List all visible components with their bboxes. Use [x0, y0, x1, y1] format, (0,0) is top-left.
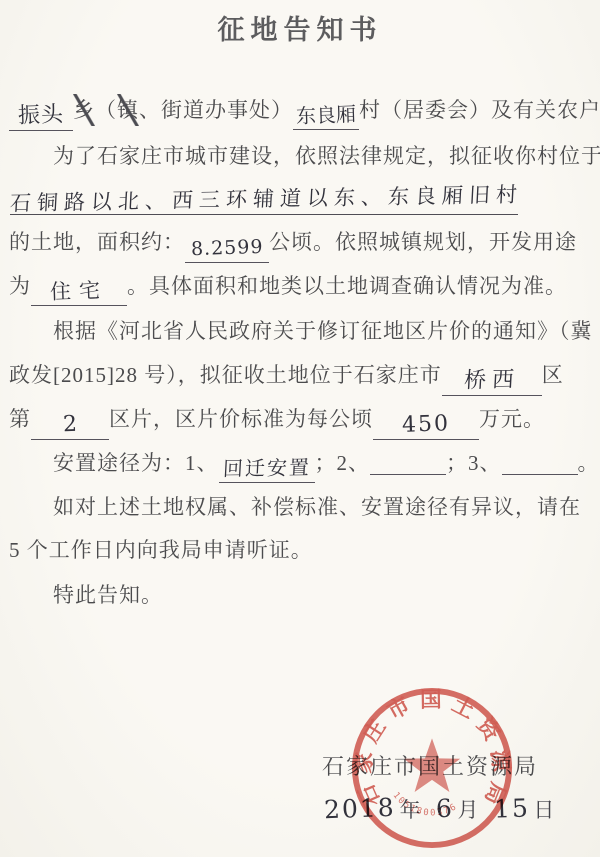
- land-use-handwriting: 住宅: [50, 276, 109, 306]
- objection-line1: 如对上述土地权属、补偿标准、安置途径有异议，请在: [9, 491, 594, 523]
- closing-line: 特此告知。: [9, 579, 594, 611]
- policy-reference-line2: 政发[2015]28 号），拟征收土地位于石家庄市桥西区: [9, 359, 594, 396]
- document-title: 征地告知书: [0, 8, 600, 47]
- land-use-pre: 为: [9, 274, 31, 298]
- town-word-struck: 镇: [117, 94, 139, 126]
- resettlement-mid1: ；2、: [315, 451, 371, 475]
- resettlement-option1-blank: 回迁安置: [219, 454, 315, 483]
- township-blank: 振头: [9, 101, 73, 131]
- land-use-post: 。具体面积和地类以土地调查确认情况为准。: [127, 274, 567, 298]
- block-number-blank: 2: [31, 410, 109, 440]
- resettlement-option2-blank: [370, 447, 446, 475]
- seal-serial-code: 1051800376: [390, 791, 459, 819]
- location-blank-line: 石铜路以北、西三环辅道以东、东良厢旧村: [10, 184, 518, 215]
- paren-open: （: [95, 98, 117, 122]
- resettlement-post: 。: [578, 451, 600, 475]
- objection-line2: 5 个工作日内向我局申请听证。: [9, 534, 594, 566]
- district-handwriting: 桥西: [463, 366, 520, 395]
- block-pre: 第: [9, 407, 31, 431]
- area-line-pre: 的土地，面积约：: [9, 230, 185, 254]
- official-seal: 石家庄市国土资源局 1051800376: [348, 684, 516, 852]
- block-number-handwriting: 2: [62, 411, 78, 440]
- paragraph-purpose: 为了石家庄市城市建设，依照法律规定，拟征收你村位于：: [9, 140, 594, 172]
- policy-reference-line1: 根据《河北省人民政府关于修订征地区片价的通知》（冀: [9, 315, 594, 347]
- location-handwriting: 石铜路以北、西三环辅道以东、东良厢旧村: [9, 180, 523, 219]
- resettlement-option3-blank: [502, 447, 578, 475]
- svg-text:1051800376: 1051800376: [390, 791, 459, 819]
- resettlement-pre: 安置途径为：1、: [53, 451, 219, 475]
- area-handwriting: 8.2599: [190, 233, 263, 264]
- price-line: 第2区片，区片价标准为每公顷450万元。: [9, 403, 594, 440]
- scanned-notice-document: 征地告知书 振头乡（镇、街道办事处）东良厢村（居委会）及有关农户： 为了石家庄市…: [0, 0, 600, 857]
- township-suffix-struck: 乡: [73, 94, 95, 126]
- recipient-village-rest: 村（居委会）及有关农户：: [359, 98, 600, 122]
- land-use-blank: 住宅: [31, 277, 127, 306]
- area-line: 的土地，面积约：8.2599公顷。依照城镇规划，开发用途: [9, 226, 594, 263]
- seal-star-icon: [404, 738, 460, 792]
- village-blank: 东良厢: [293, 101, 359, 130]
- district-pre: 政发[2015]28 号），拟征收土地位于石家庄市: [9, 363, 442, 387]
- village-handwriting: 东良厢: [296, 100, 357, 130]
- land-use-line: 为住宅。具体面积和地类以土地调查确认情况为准。: [9, 270, 594, 306]
- district-blank: 桥西: [442, 366, 542, 396]
- district-post: 区: [542, 363, 564, 387]
- area-line-post: 公顷。依照城镇规划，开发用途: [269, 230, 577, 254]
- recipient-printed-rest: 、街道办事处）: [139, 98, 293, 122]
- resettlement-option1-handwriting: 回迁安置: [222, 453, 311, 483]
- resettlement-mid2: ；3、: [446, 451, 502, 475]
- price-blank: 450: [373, 410, 479, 440]
- price-mid: 区片，区片价标准为每公顷: [109, 407, 373, 431]
- area-blank: 8.2599: [185, 233, 269, 263]
- township-handwriting: 振头: [18, 101, 65, 131]
- date-day-label: 日: [533, 798, 555, 822]
- recipient-line: 振头乡（镇、街道办事处）东良厢村（居委会）及有关农户：: [9, 94, 594, 131]
- price-post: 万元。: [479, 407, 545, 431]
- resettlement-line: 安置途径为：1、回迁安置；2、；3、。: [9, 447, 594, 483]
- price-handwriting: 450: [402, 410, 451, 440]
